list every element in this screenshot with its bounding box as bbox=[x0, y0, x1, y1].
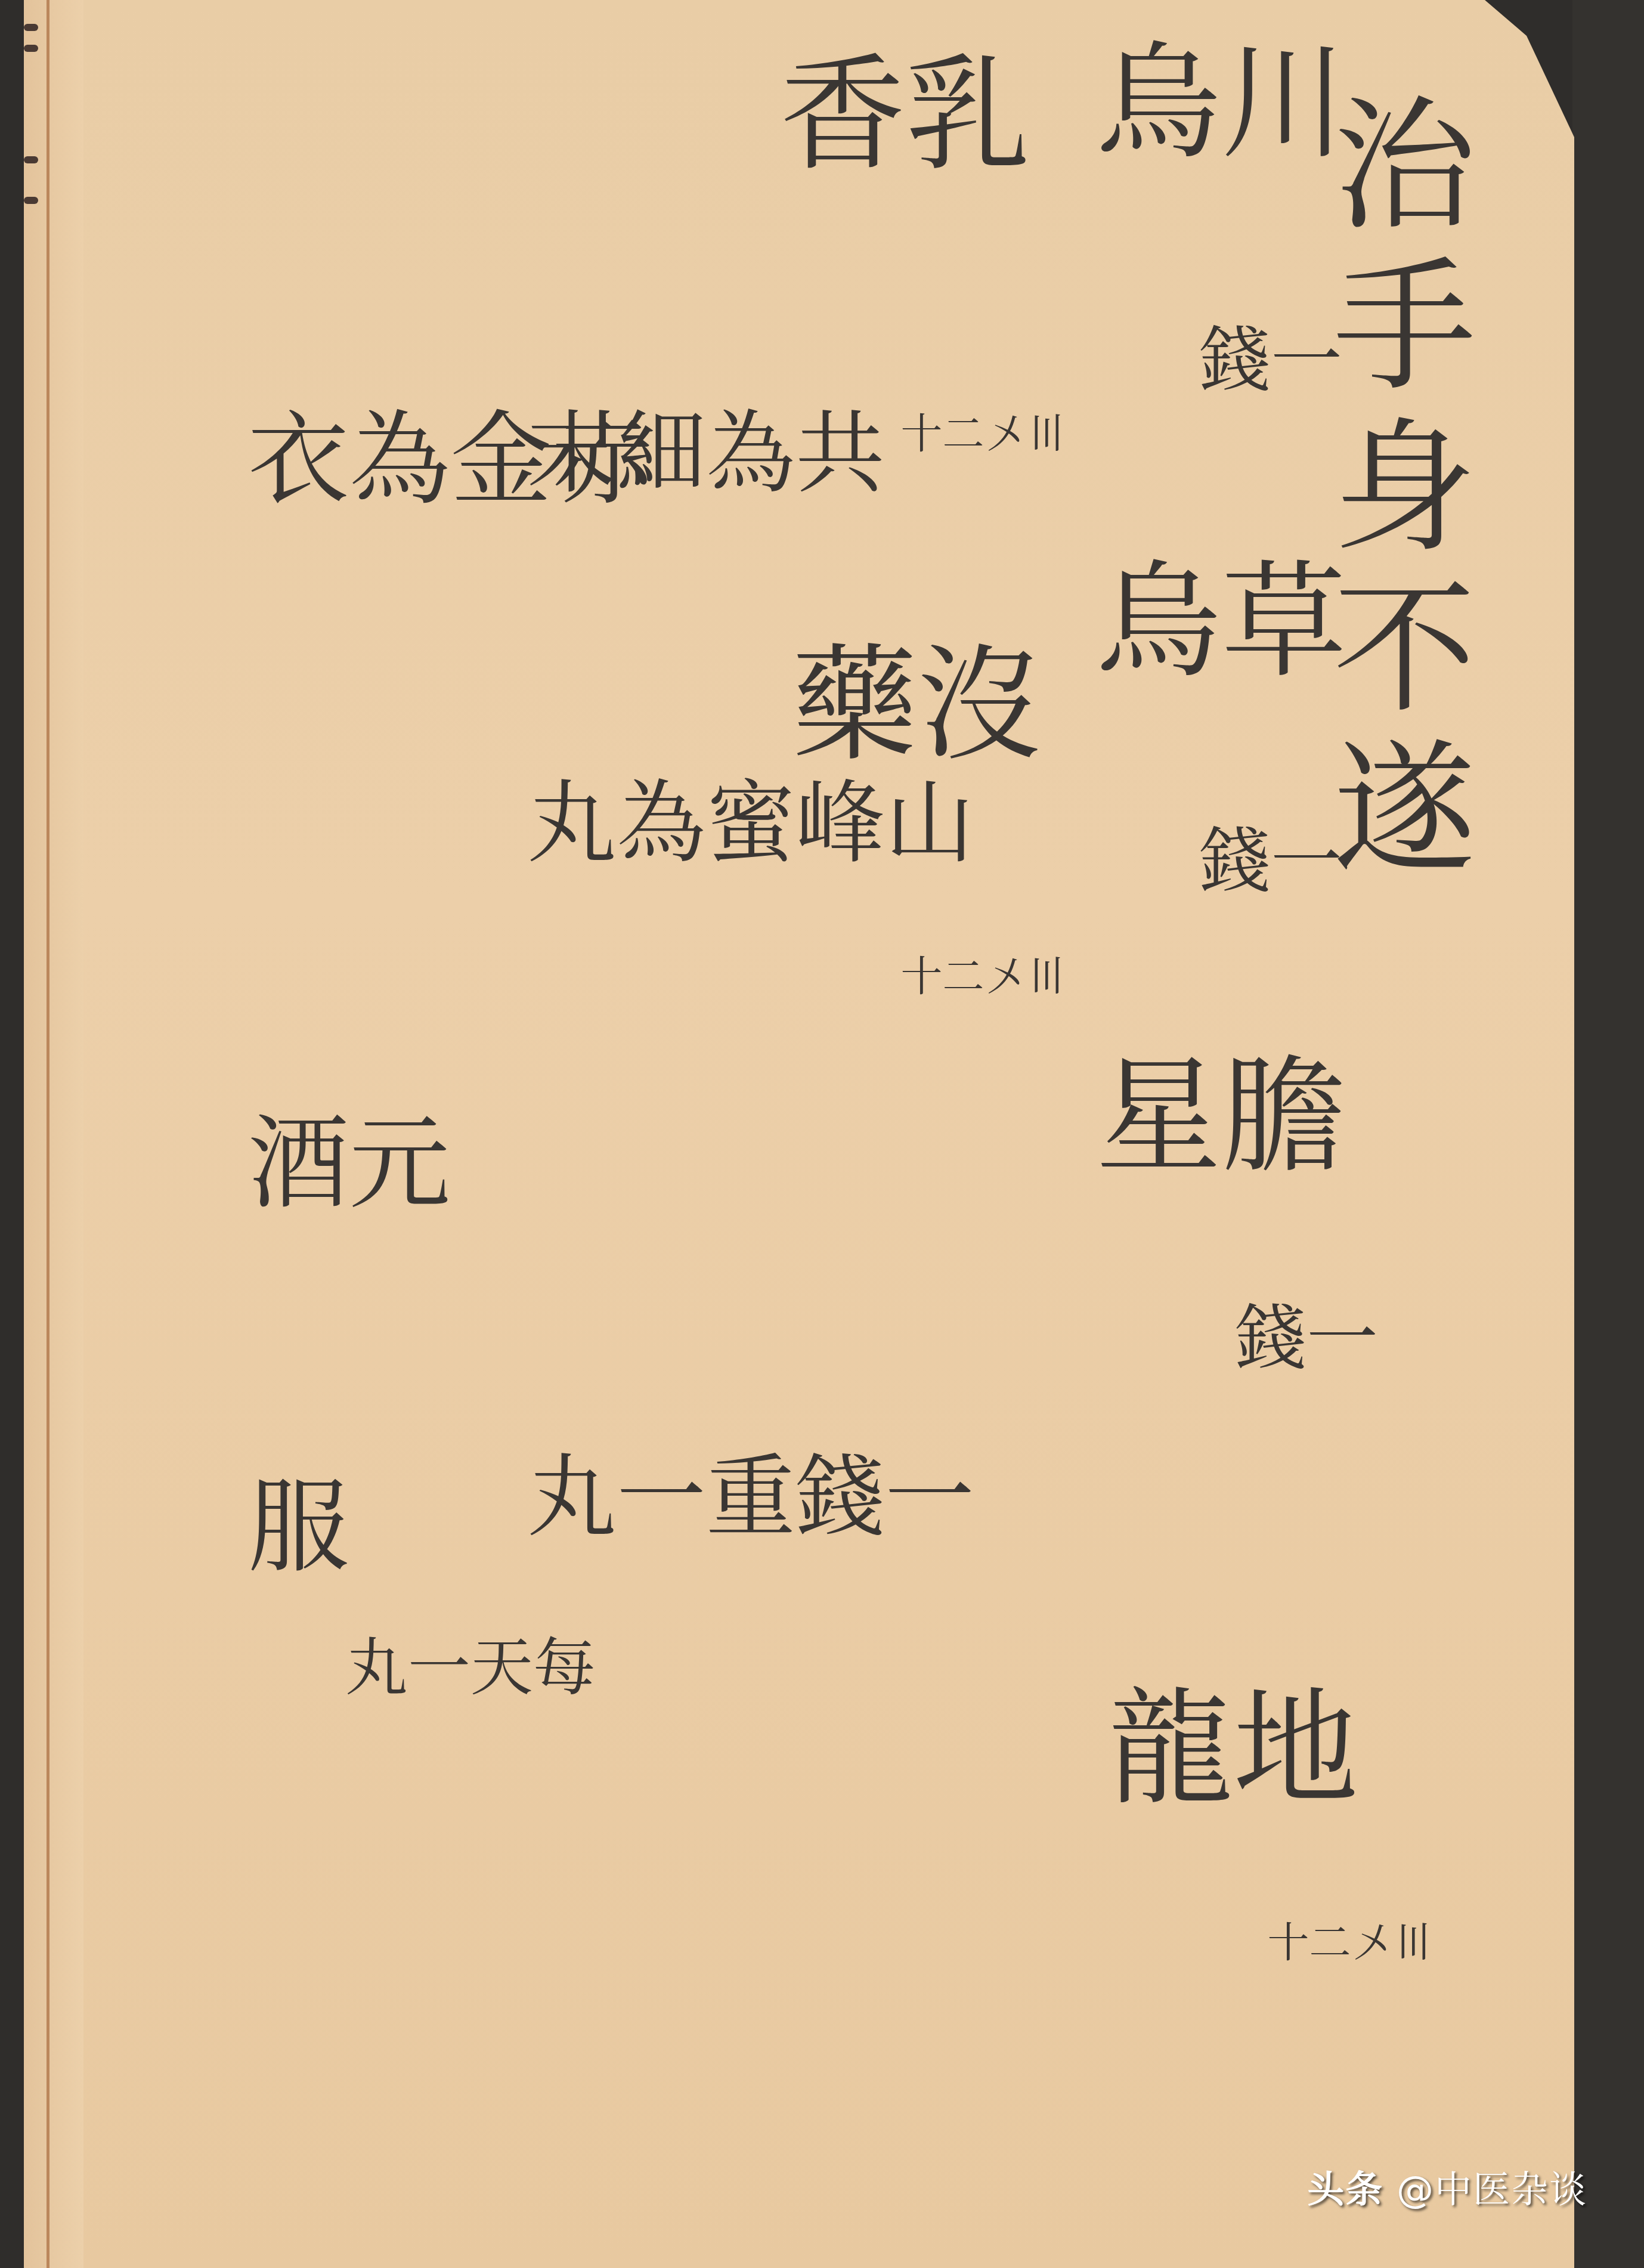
watermark-at: @ bbox=[1397, 2168, 1435, 2211]
watermark: 头条 @中医杂谈 bbox=[1307, 2160, 1587, 2213]
ingredient-name: 膽星 bbox=[1085, 1050, 1336, 1193]
ingredient-dose: 一錢 bbox=[1193, 322, 1336, 396]
prescription-title: 治手身不遂 bbox=[1321, 89, 1464, 895]
preparation-text-b: 山峰蜜為丸 bbox=[519, 775, 966, 871]
preparation-text-c: 一錢重一丸 bbox=[519, 1449, 966, 1562]
ingredient-dose: 一錢 bbox=[1193, 823, 1336, 897]
manuscript-page: 治手身不遂 川烏 一錢 草烏 一錢 膽星 一錢 地龍 〣〤二十 乳香 〣〤二十 … bbox=[24, 0, 1574, 2268]
watermark-platform: 头条 bbox=[1307, 2168, 1383, 2211]
watermark-account: 中医杂谈 bbox=[1435, 2168, 1587, 2211]
ingredient-name: 乳香 bbox=[769, 48, 1020, 191]
ingredient-dose: 一錢 bbox=[1228, 1300, 1371, 1374]
usage-text-c: 服 bbox=[239, 1473, 340, 1592]
dark-backdrop bbox=[1572, 0, 1644, 2268]
usage-text-a: 赤金為衣 bbox=[239, 406, 644, 531]
ingredient-dose: 〣〤二十 bbox=[897, 954, 1064, 998]
ingredient-name: 草烏 bbox=[1085, 555, 1336, 698]
ingredient-name: 川烏 bbox=[1085, 36, 1336, 179]
usage-note: 每天一丸 bbox=[340, 1634, 590, 1701]
usage-text-b: 元酒 bbox=[239, 1109, 441, 1246]
page-edge bbox=[24, 0, 83, 2268]
ingredient-name: 地龍 bbox=[1097, 1682, 1348, 1825]
ingredient-dose: 〣〤二十 bbox=[897, 411, 1064, 456]
ingredient-name: 沒藥 bbox=[781, 638, 1032, 781]
ingredient-dose: 〣〤二十 bbox=[1264, 1920, 1431, 1964]
binding-gutter-line bbox=[47, 0, 49, 2268]
